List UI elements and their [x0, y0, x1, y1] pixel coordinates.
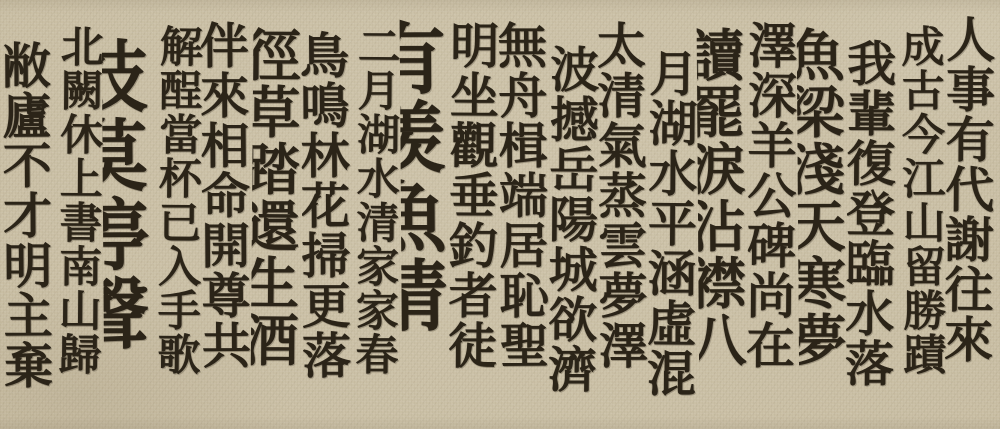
calligraphy-column-20: 敝廬不才明主棄 [3, 0, 56, 429]
calligraphy-column-9: 波撼岳陽城欲濟 [548, 0, 601, 429]
calligraphy-column-3: 我輩復登臨水落 [845, 0, 898, 429]
calligraphy-columns: 人事有代謝往來 成古今江山留勝蹟 我輩復登臨水落 魚梁淺天寒夢 澤深羊公碑尚在 … [0, 0, 1000, 429]
calligraphy-column-15: 徑草踏還生酒 [250, 0, 303, 429]
calligraphy-column-6: 讀罷淚沾襟八 [697, 0, 750, 429]
calligraphy-column-12: 有羨魚情 [399, 0, 452, 429]
calligraphy-column-17: 解酲當杯已入手歌 [151, 0, 204, 429]
calligraphy-column-16: 伴來相命開尊共 [201, 0, 254, 429]
calligraphy-column-8: 太清氣蒸雲夢澤 [598, 0, 651, 429]
calligraphy-column-14: 鳥鳴林花掃更落 [300, 0, 353, 429]
calligraphy-scroll-photo: 人事有代謝往來 成古今江山留勝蹟 我輩復登臨水落 魚梁淺天寒夢 澤深羊公碑尚在 … [0, 0, 1000, 429]
calligraphy-column-7: 月湖水平涵虛混 [647, 0, 700, 429]
calligraphy-column-19: 北闕休上書南山歸 [52, 0, 105, 429]
calligraphy-column-5: 澤深羊公碑尚在 [746, 0, 799, 429]
calligraphy-column-18: 妓莫停聲 [102, 0, 155, 429]
calligraphy-column-10: 無舟楫端居恥聖 [498, 0, 551, 429]
calligraphy-column-1: 人事有代謝往來 [945, 0, 998, 429]
calligraphy-column-2: 成古今江山留勝蹟 [895, 0, 948, 429]
calligraphy-column-13: 二月湖水清家家春 [349, 0, 402, 429]
calligraphy-column-11: 明坐觀垂釣者徒 [449, 0, 502, 429]
calligraphy-column-4: 魚梁淺天寒夢 [796, 0, 849, 429]
